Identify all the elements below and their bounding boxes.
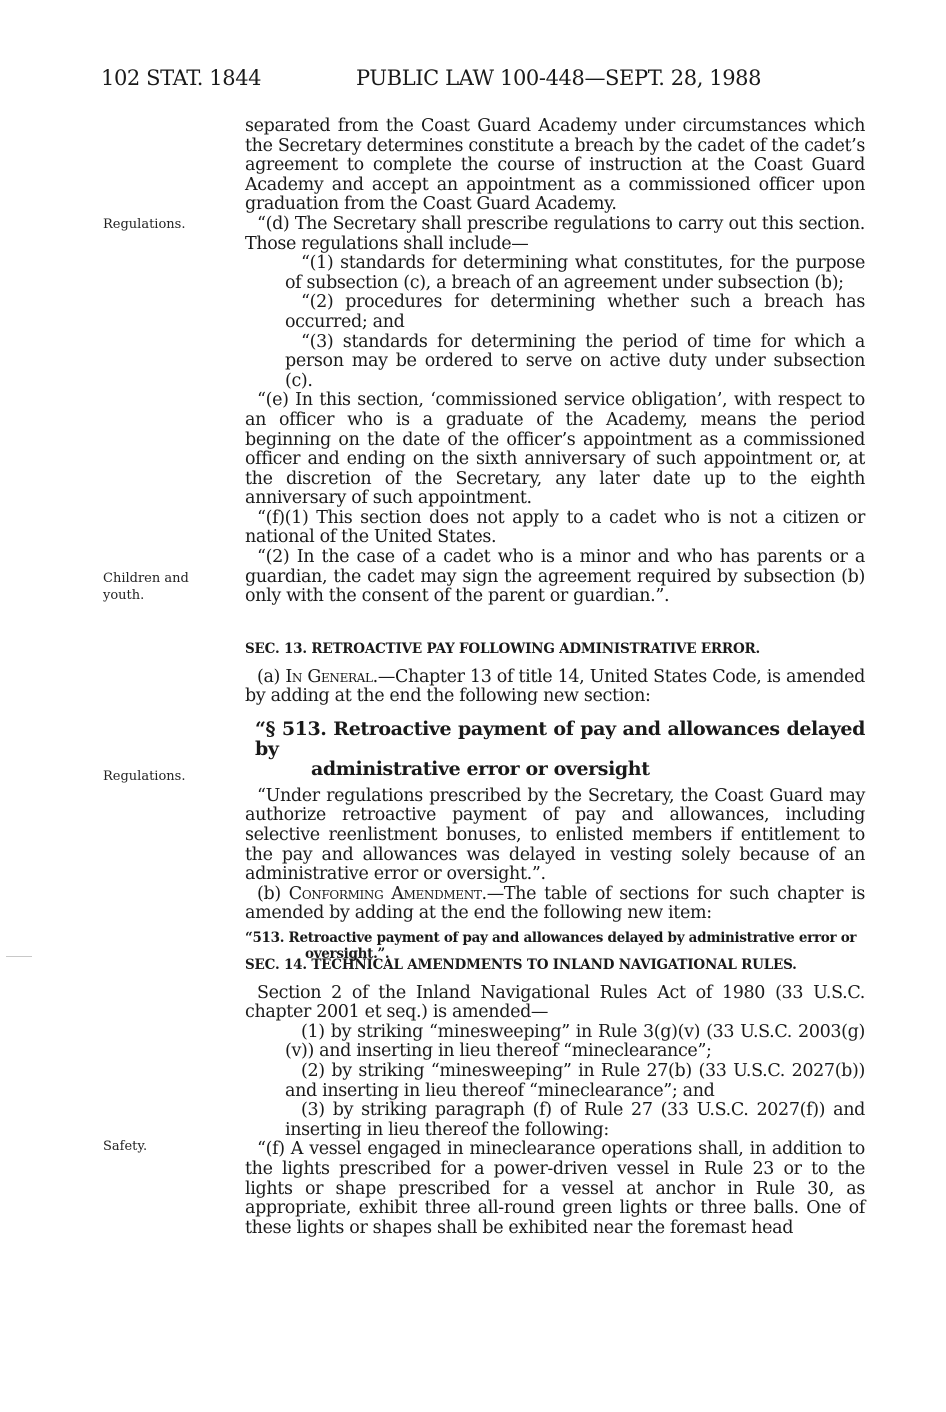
amendment-item-3: (3) by striking paragraph (f) of Rule 27… xyxy=(245,1101,865,1140)
paragraph-e: “(e) In this section, ‘commissioned serv… xyxy=(245,391,865,509)
margin-note-regulations: Regulations. xyxy=(103,216,185,233)
rule-27-paragraph-f: “(f) A vessel engaged in mineclearance o… xyxy=(245,1140,865,1238)
scan-artifact xyxy=(6,956,32,957)
list-item-d3: “(3) standards for determining the perio… xyxy=(245,333,865,392)
subsection-b: (b) Conforming Amendment.—The table of s… xyxy=(245,885,865,924)
body-text-block-1: separated from the Coast Guard Academy u… xyxy=(245,117,865,607)
paragraph-d: “(d) The Secretary shall prescribe regul… xyxy=(245,215,865,254)
margin-note-safety: Safety. xyxy=(103,1138,147,1155)
section-513-title-line2: administrative error or oversight xyxy=(255,759,865,779)
section-513-body: “Under regulations prescribed by the Sec… xyxy=(245,787,865,885)
section-14: SEC. 14. TECHNICAL AMENDMENTS TO INLAND … xyxy=(245,956,865,1238)
amendment-item-2: (2) by striking “minesweeping” in Rule 2… xyxy=(245,1062,865,1101)
amendment-item-1: (1) by striking “minesweeping” in Rule 3… xyxy=(245,1023,865,1062)
subsection-a-label: (a) xyxy=(257,667,285,687)
paragraph-f2: “(2) In the case of a cadet who is a min… xyxy=(245,548,865,607)
section-513-title: “§ 513. Retroactive payment of pay and a… xyxy=(245,719,865,779)
margin-note-children-youth: Children and youth. xyxy=(103,570,213,604)
subsection-b-label: (b) xyxy=(257,884,289,904)
margin-note-regulations-2: Regulations. xyxy=(103,768,185,785)
section-13: SEC. 13. RETROACTIVE PAY FOLLOWING ADMIN… xyxy=(245,640,865,962)
list-item-d1: “(1) standards for determining what cons… xyxy=(245,254,865,293)
section-14-intro: Section 2 of the Inland Navigational Rul… xyxy=(245,984,865,1023)
subsection-b-caption: Conforming Amendment xyxy=(289,884,482,904)
section-513-title-line1: “§ 513. Retroactive payment of pay and a… xyxy=(255,718,865,760)
stat-page-number: 102 STAT. 1844 xyxy=(101,66,261,90)
section-14-heading: SEC. 14. TECHNICAL AMENDMENTS TO INLAND … xyxy=(245,956,865,976)
subsection-a: (a) In General.—Chapter 13 of title 14, … xyxy=(245,668,865,707)
section-13-heading: SEC. 13. RETROACTIVE PAY FOLLOWING ADMIN… xyxy=(245,640,865,660)
toc-item-line1: “513. Retroactive payment of pay and all… xyxy=(245,930,856,946)
public-law-title: PUBLIC LAW 100-448—SEPT. 28, 1988 xyxy=(356,66,761,90)
list-item-d2: “(2) procedures for determining whether … xyxy=(245,293,865,332)
paragraph-continuation: separated from the Coast Guard Academy u… xyxy=(245,117,865,215)
paragraph-f1: “(f)(1) This section does not apply to a… xyxy=(245,509,865,548)
subsection-a-caption: In General xyxy=(285,667,372,687)
